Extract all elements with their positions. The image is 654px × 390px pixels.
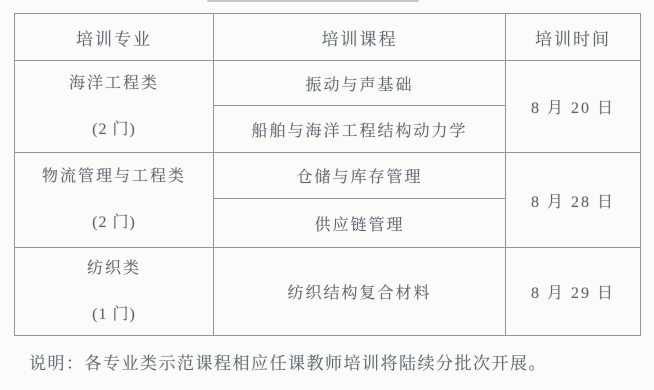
major-cell-textile: 纺织类 (1 门) — [15, 248, 214, 336]
major-name: 海洋工程类 — [15, 74, 213, 94]
time-cell: 8 月 20 日 — [506, 61, 641, 153]
major-course-count: (1 门) — [15, 305, 213, 325]
column-header-time: 培训时间 — [506, 14, 641, 61]
major-course-count: (2 门) — [15, 213, 213, 233]
table-row: 海洋工程类 (2 门) 振动与声基础 8 月 20 日 — [15, 61, 641, 106]
header-row: 培训专业 培训课程 培训时间 — [15, 14, 641, 61]
table-row: 纺织类 (1 门) 纺织结构复合材料 8 月 29 日 — [15, 248, 641, 336]
column-header-major: 培训专业 — [15, 14, 214, 61]
time-cell: 8 月 29 日 — [506, 248, 641, 336]
course-cell: 振动与声基础 — [214, 61, 506, 106]
course-cell: 供应链管理 — [214, 199, 506, 248]
course-cell: 纺织结构复合材料 — [214, 248, 506, 336]
major-name: 物流管理与工程类 — [15, 167, 213, 187]
major-name: 纺织类 — [15, 259, 213, 279]
course-cell: 船舶与海洋工程结构动力学 — [214, 106, 506, 153]
major-cell-ocean-engineering: 海洋工程类 (2 门) — [15, 61, 214, 153]
course-cell: 仓储与库存管理 — [214, 153, 506, 199]
cropped-text-scan-artifact — [207, 0, 419, 2]
major-cell-logistics-management: 物流管理与工程类 (2 门) — [15, 153, 214, 248]
note-text: 说明：各专业类示范课程相应任课教师培训将陆续分批次开展。 — [29, 349, 547, 374]
time-cell: 8 月 28 日 — [506, 153, 641, 248]
column-header-course: 培训课程 — [214, 14, 506, 61]
training-schedule-table: 培训专业 培训课程 培训时间 海洋工程类 (2 门) 振动与声基础 8 月 20… — [14, 13, 641, 336]
scanned-document-page: { "colors": { "background": "#fbfbfa", "… — [0, 0, 654, 390]
major-course-count: (2 门) — [15, 120, 213, 140]
table-row: 物流管理与工程类 (2 门) 仓储与库存管理 8 月 28 日 — [15, 153, 641, 199]
